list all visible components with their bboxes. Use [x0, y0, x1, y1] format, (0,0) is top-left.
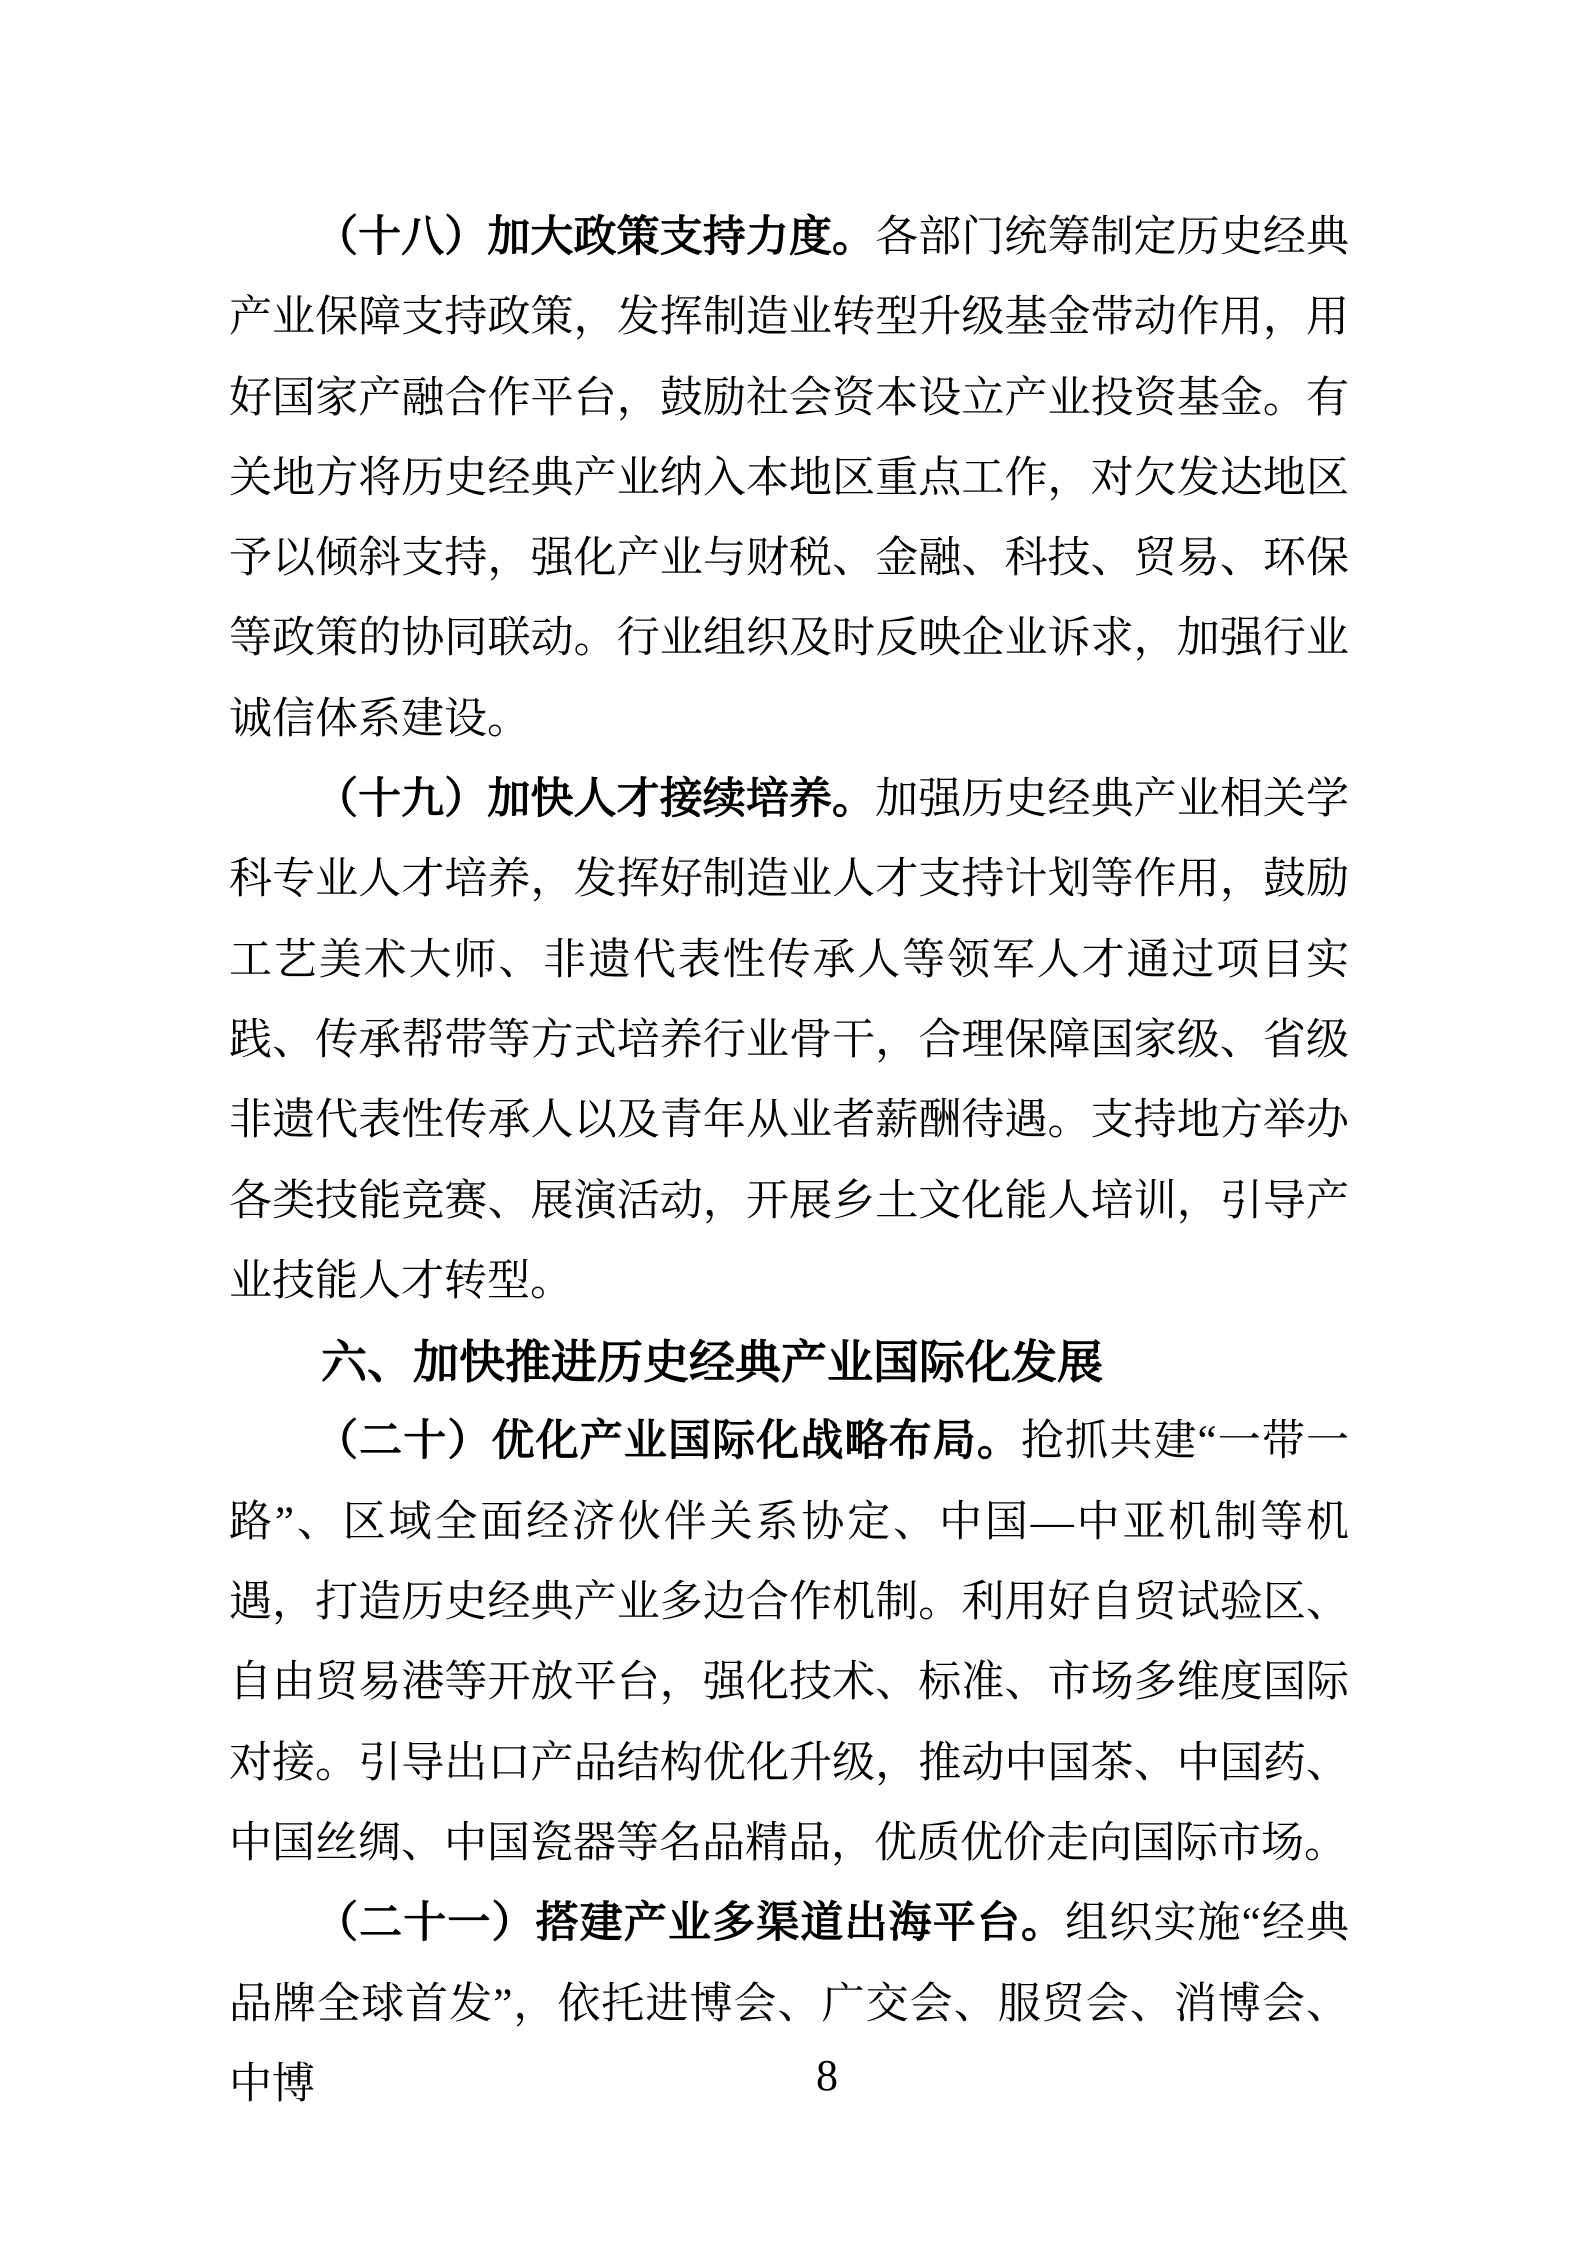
document-page: （十八）加大政策支持力度。各部门统筹制定历史经典产业保障支持政策，发挥制造业转型…: [0, 0, 1587, 2245]
paragraph-19-body: 加强历史经典产业相关学科专业人才培养，发挥好制造业人才支持计划等作用，鼓励工艺美…: [229, 776, 1349, 1305]
paragraph-18-lead: （十八）加大政策支持力度。: [315, 214, 875, 261]
section-6-heading: 六、加快推进历史经典产业国际化发展: [229, 1322, 1349, 1402]
paragraph-20-lead: （二十）优化产业国际化战略布局。: [315, 1418, 1021, 1465]
paragraph-20-body: 抢抓共建“一带一路”、区域全面经济伙伴关系协定、中国—中亚机制等机遇，打造历史经…: [229, 1418, 1349, 1866]
document-text: （十八）加大政策支持力度。各部门统筹制定历史经典产业保障支持政策，发挥制造业转型…: [229, 198, 1349, 2125]
paragraph-19-lead: （十九）加快人才接续培养。: [315, 776, 875, 823]
paragraph-21: （二十一）搭建产业多渠道出海平台。组织实施“经典品牌全球首发”，依托进博会、广交…: [229, 1884, 1349, 2125]
paragraph-21-lead: （二十一）搭建产业多渠道出海平台。: [315, 1900, 1065, 1947]
page-number: 8: [816, 2052, 838, 2100]
paragraph-18-body: 各部门统筹制定历史经典产业保障支持政策，发挥制造业转型升级基金带动作用，用好国家…: [229, 214, 1349, 743]
paragraph-19: （十九）加快人才接续培养。加强历史经典产业相关学科专业人才培养，发挥好制造业人才…: [229, 760, 1349, 1322]
paragraph-20: （二十）优化产业国际化战略布局。抢抓共建“一带一路”、区域全面经济伙伴关系协定、…: [229, 1402, 1349, 1884]
paragraph-18: （十八）加大政策支持力度。各部门统筹制定历史经典产业保障支持政策，发挥制造业转型…: [229, 198, 1349, 760]
